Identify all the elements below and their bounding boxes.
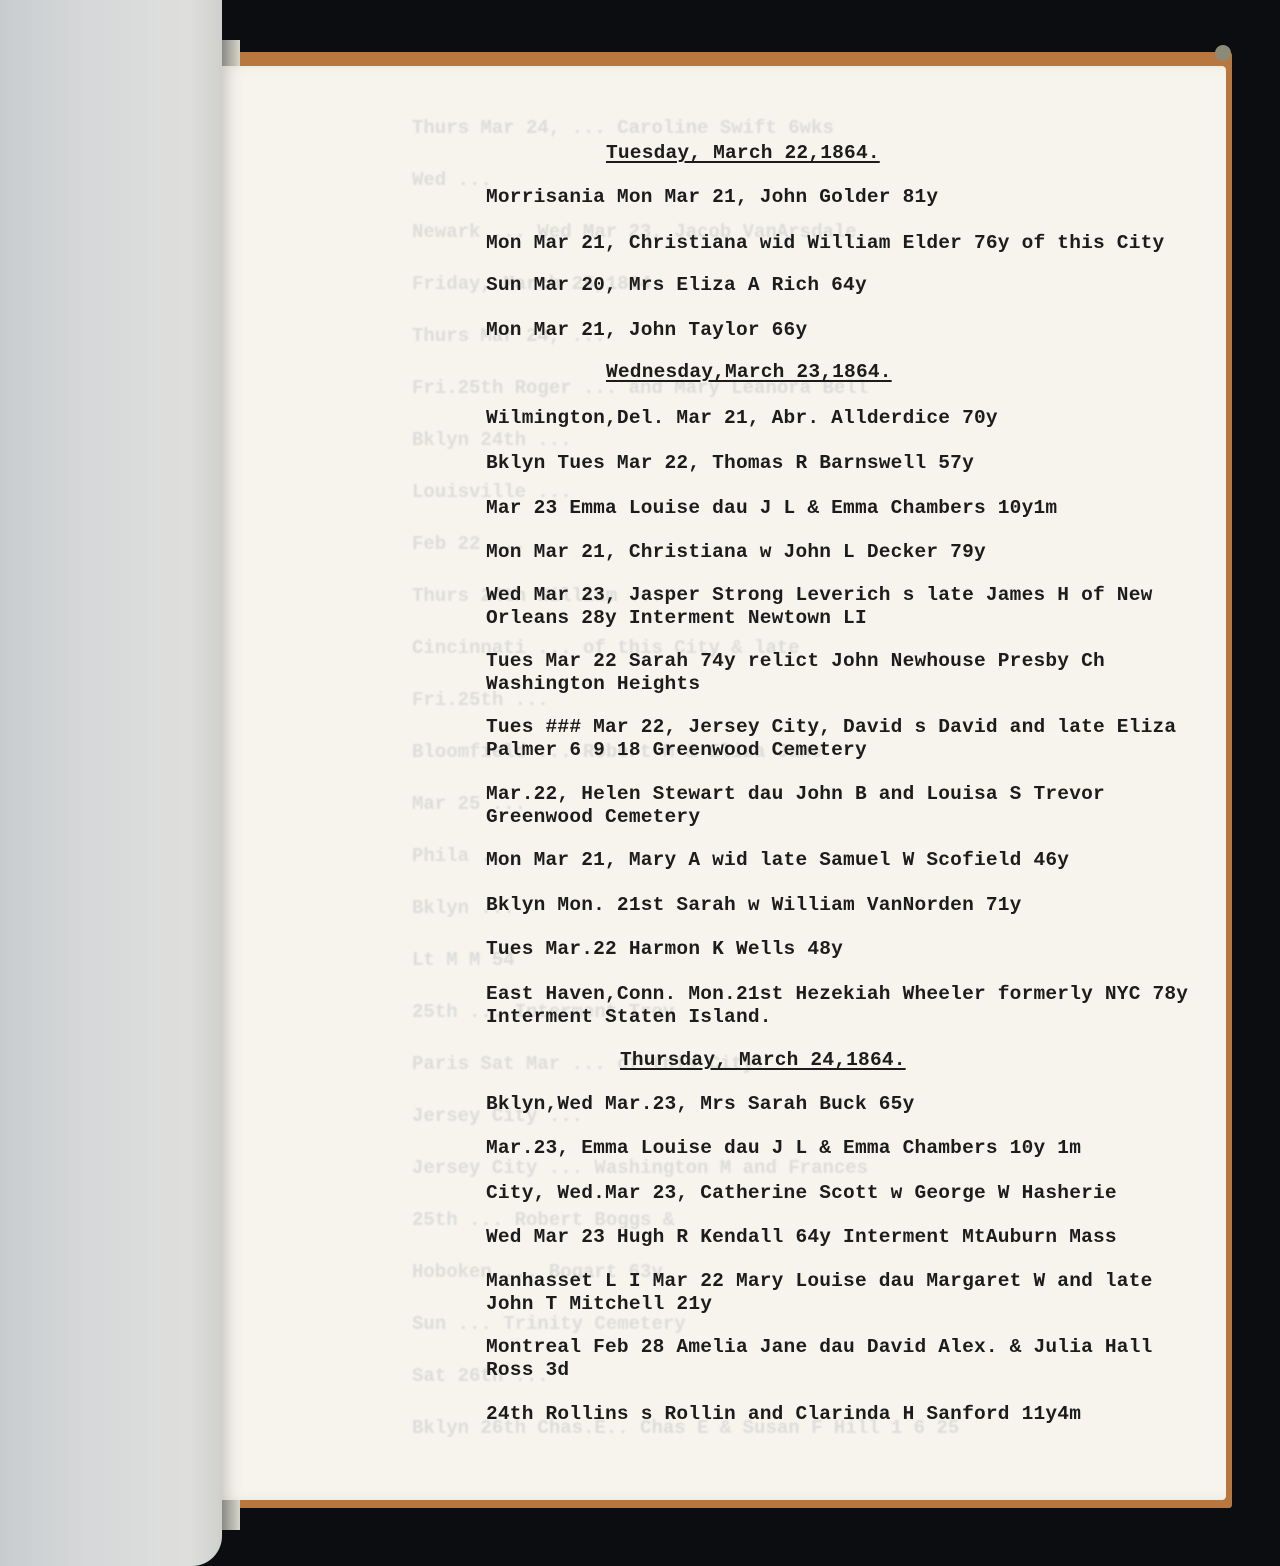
- entry: Montreal Feb 28 Amelia Jane dau David Al…: [486, 1336, 1201, 1382]
- entry: Tues Mar.22 Harmon K Wells 48y: [486, 938, 1201, 961]
- bleed-line: Sat Mar 19,: [0, 1001, 150, 1022]
- entry: Tues ### Mar 22, Jersey City, David s Da…: [486, 716, 1201, 762]
- entry: Mar.22, Helen Stewart dau John B and Lou…: [486, 783, 1201, 829]
- bleed-line: City, Sun.20t: [0, 857, 150, 878]
- entry: East Haven,Conn. Mon.21st Hezekiah Wheel…: [486, 983, 1201, 1029]
- bleed-line: Flushing Wed M: [0, 95, 150, 116]
- bleed-line: Newark N J We: [0, 960, 150, 981]
- bleed-line: Bklyn 24th ...: [412, 428, 1212, 452]
- binding-knob: [1215, 45, 1231, 61]
- entry: Wed Mar 23, Jasper Strong Leverich s lat…: [486, 584, 1201, 630]
- entry: Mon Mar 21, Christiana w John L Decker 7…: [486, 541, 1201, 564]
- section-heading: Wednesday,March 23,1864.: [606, 361, 892, 384]
- bleed-line: Hoosic Falls, and mother of: [0, 301, 150, 343]
- bleed-line: Sal: [0, 363, 150, 384]
- bleed-line: Manhasset L I: [0, 672, 150, 693]
- bleed-line: So.Bergen N J: [0, 631, 150, 652]
- entry: Tues Mar 22 Sarah 74y relict John Newhou…: [486, 650, 1201, 696]
- left-page: Flushing Wed MMorristown N J in law late…: [0, 0, 222, 1566]
- entry: Mar 23 Emma Louise dau J L & Emma Chambe…: [486, 497, 1201, 520]
- bleed-line: Bklyn Mon Ma Williams: [0, 1186, 150, 1228]
- bleed-line: Hoboken Sat 19 A Fletcher 3y: [0, 528, 150, 570]
- bleed-line: Thurs Mar 24, ... Caroline Swift 6wks: [412, 116, 1212, 140]
- entry: 24th Rollins s Rollin and Clarinda H San…: [486, 1403, 1201, 1426]
- right-page: Thurs Mar 24, ... Caroline Swift 6wksWed…: [222, 66, 1226, 1500]
- bleed-line: Thurs Mar 17,: [0, 1042, 150, 1063]
- entry: Bklyn,Wed Mar.23, Mrs Sarah Buck 65y: [486, 1093, 1201, 1116]
- entry: Manhasset L I Mar 22 Mary Louise dau Mar…: [486, 1270, 1201, 1316]
- bleed-line: Peekskill, Fr: [0, 713, 150, 734]
- entry: Mon Mar 21, John Taylor 66y: [486, 319, 1201, 342]
- bleed-line: Montclair N J: [0, 590, 150, 611]
- bleed-line: Sun Mar 20, J Interment Fla: [0, 898, 150, 940]
- bleed-line: Rye NY Sat 19 Augustus Van: [0, 1124, 150, 1166]
- left-page-bleed-text: Flushing Wed MMorristown N J in law late…: [0, 95, 150, 1289]
- bleed-line: Marseilles Fra 3 Grand D'Haut Pish of NY: [0, 404, 150, 467]
- entry: Bklyn Tues Mar 22, Thomas R Barnswell 57…: [486, 452, 1201, 475]
- bleed-line: Bklyn Wed 17th Great Barringt: [0, 198, 150, 240]
- bleed-line: Jamaica Plains: [0, 260, 150, 281]
- entry: Wilmington,Del. Mar 21, Abr. Allderdice …: [486, 407, 1201, 430]
- bleed-line: Morristown N J in law late Jo: [0, 136, 150, 178]
- bleed-line: Fri 18th Morri of Albany NY: [0, 795, 150, 837]
- entry: Sun Mar 20, Mrs Eliza A Rich 64y: [486, 274, 1201, 297]
- bleed-line: Williamsburgh: [0, 487, 150, 508]
- entry: Mar.23, Emma Louise dau J L & Emma Chamb…: [486, 1137, 1201, 1160]
- bleed-line: Fri Mar 18, C: [0, 754, 150, 775]
- entry: Morrisania Mon Mar 21, John Golder 81y: [486, 186, 1201, 209]
- section-heading: Tuesday, March 22,1864.: [606, 142, 880, 165]
- entry: Mon Mar 21, Mary A wid late Samuel W Sco…: [486, 849, 1201, 872]
- entry: Bklyn Mon. 21st Sarah w William VanNorde…: [486, 894, 1201, 917]
- entry: Wed Mar 23 Hugh R Kendall 64y Interment …: [486, 1226, 1201, 1249]
- entry: City, Wed.Mar 23, Catherine Scott w Geor…: [486, 1182, 1201, 1205]
- bleed-line: Sat Mar 19,: [0, 1083, 150, 1104]
- entry: Mon Mar 21, Christiana wid William Elder…: [486, 232, 1201, 255]
- bleed-line: Bklyn Sat 19: [0, 1248, 150, 1269]
- section-heading: Thursday, March 24,1864.: [620, 1049, 906, 1072]
